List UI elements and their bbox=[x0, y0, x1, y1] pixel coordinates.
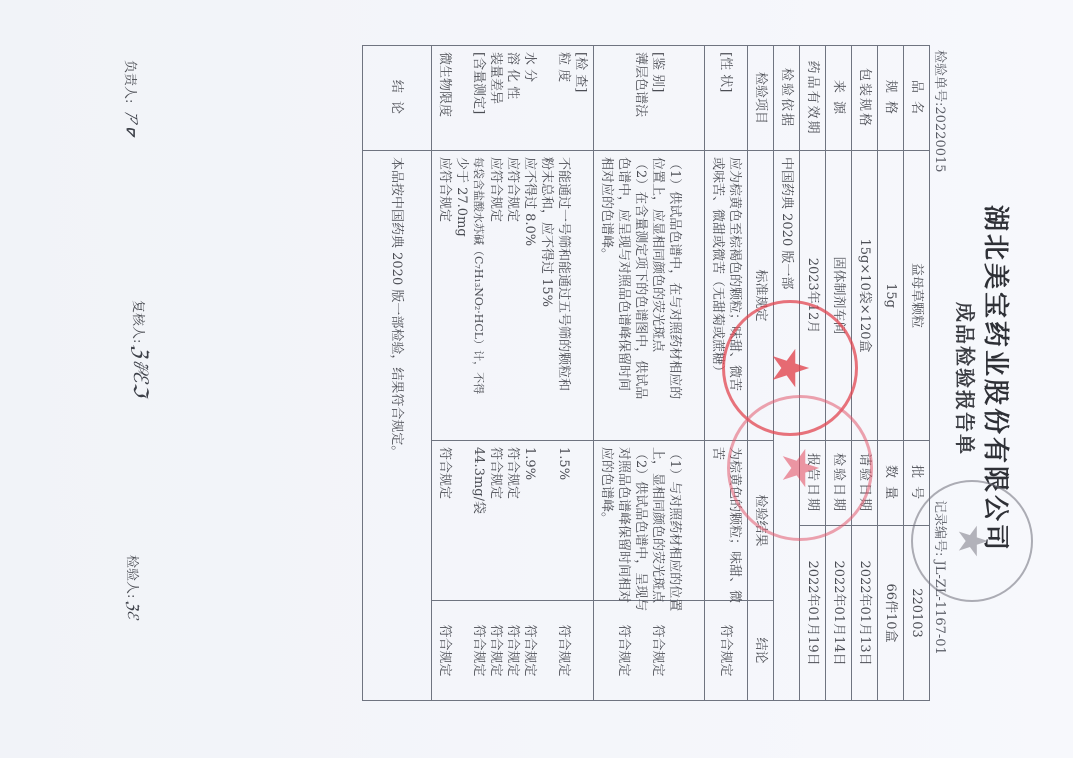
report-table: 品 名 益母草颗粒 批 号 220103 规 格 15g 数 量 66件10盒 … bbox=[362, 45, 930, 701]
inspection-number-label: 检验单号: bbox=[932, 50, 947, 106]
test-conclusion-cell: 符合规定 bbox=[705, 601, 748, 701]
row-final-conclusion: 结 论 本品按中国药典 2020 版一部检验，结果符合规定。 bbox=[363, 46, 432, 701]
row-basis: 检验依据 中国药典 2020 版一部 bbox=[774, 46, 800, 701]
source-label: 来 源 bbox=[826, 46, 852, 151]
result-line bbox=[538, 447, 555, 594]
test-item-cell: [鉴 别] 薄层色谱法 bbox=[594, 46, 705, 151]
row-expiry-reportdate: 药品有效期 2023年12月 报告日期 2022年01月19日 bbox=[800, 46, 826, 701]
conclusion-line bbox=[453, 607, 470, 694]
final-conclusion-text: 本品按中国药典 2020 版一部检验，结果符合规定。 bbox=[363, 151, 432, 701]
test-date-label: 检验日期 bbox=[826, 441, 852, 526]
row-package-request: 包装规格 15g×10袋×120盒 请验日期 2022年01月13日 bbox=[852, 46, 878, 701]
request-date-label: 请验日期 bbox=[852, 441, 878, 526]
standard-line: 位置上，应显相同颜色的荧光斑点 bbox=[649, 157, 666, 434]
test-item-cell: [检 查] 粒 度 水 分 溶 化 性 装量差异 [含量测定] 微生物限度 bbox=[432, 46, 594, 151]
spec-value: 15g bbox=[878, 151, 904, 441]
conclusion-line: 符合规定 bbox=[487, 607, 504, 694]
handwritten-signature: ㄗᢦ bbox=[120, 103, 155, 142]
standard-line: 不能通过一号筛和能通过五号筛的颗粒和 bbox=[555, 157, 572, 434]
standard-line: 应为棕黄色至棕褐色的颗粒；味甜、微苦 bbox=[726, 157, 743, 434]
spec-label: 规 格 bbox=[878, 46, 904, 151]
conclusion-line bbox=[632, 607, 649, 694]
standard-line: 应符合规定 bbox=[487, 157, 504, 434]
expiry-value: 2023年12月 bbox=[800, 151, 826, 441]
test-result-cell: （1）与对照药材相应的位置 上，显相同颜色的荧光斑点 （2）供试品色谱中，呈现与… bbox=[594, 441, 705, 601]
result-line: 为棕黄色的颗粒；味甜、微 bbox=[726, 447, 743, 594]
section-label: [鉴 别] bbox=[649, 52, 666, 144]
row-source-testdate: 来 源 固体制剂车间 检验日期 2022年01月14日 bbox=[826, 46, 852, 701]
test-standard-cell: （1）供试品色谱中，在与对照药材相应的 位置上，应显相同颜色的荧光斑点 （2）在… bbox=[594, 151, 705, 441]
item-label: 装量差异 bbox=[487, 52, 504, 144]
reviewer-label: 复核人: bbox=[130, 300, 145, 343]
quantity-value: 66件10盒 bbox=[878, 526, 904, 701]
result-line: （1）与对照药材相应的位置 bbox=[666, 447, 683, 594]
row-spec-quantity: 规 格 15g 数 量 66件10盒 bbox=[878, 46, 904, 701]
product-name-value: 益母草颗粒 bbox=[904, 151, 930, 441]
inspection-report-page: 湖北美宝药业股份有限公司 成品检验报告单 检验单号:20220015 记录编号:… bbox=[0, 0, 1073, 758]
conclusion-line bbox=[538, 607, 555, 694]
item-label: 溶 化 性 bbox=[504, 52, 521, 144]
handwritten-signature: ℨℰ bbox=[124, 600, 142, 623]
standard-line: 粉末总和，应不得过 15% bbox=[538, 157, 555, 434]
test-conclusion-cell: 符合规定 符合规定 bbox=[594, 601, 705, 701]
test-row-identification: [鉴 别] 薄层色谱法 （1）供试品色谱中，在与对照药材相应的 位置上，应显相同… bbox=[594, 46, 705, 701]
result-line: 上，显相同颜色的荧光斑点 bbox=[649, 447, 666, 594]
result-line: 1.5% bbox=[555, 447, 572, 594]
conclusion-line: 符合规定 bbox=[718, 607, 735, 694]
test-result-cell: 为棕黄色的颗粒；味甜、微 苦 bbox=[705, 441, 748, 601]
final-conclusion-label: 结 论 bbox=[363, 46, 432, 151]
section-label: [性 状] bbox=[718, 52, 735, 144]
item-label: 微生物限度 bbox=[436, 52, 453, 144]
result-line: （2）供试品色谱中，呈现与 bbox=[632, 447, 649, 594]
conclusion-line: 符合规定 bbox=[521, 607, 538, 694]
result-line: 符合规定 bbox=[487, 447, 504, 594]
item-label: [含量测定] bbox=[470, 52, 487, 144]
standard-line: 应符合规定 bbox=[436, 157, 453, 434]
column-header-result: 检验结果 bbox=[748, 441, 774, 601]
result-line: 苦 bbox=[709, 447, 726, 594]
conclusion-line: 符合规定 bbox=[615, 607, 632, 694]
basis-label: 检验依据 bbox=[774, 46, 800, 151]
conclusion-line: 符合规定 bbox=[649, 607, 666, 694]
test-row-checks: [检 查] 粒 度 水 分 溶 化 性 装量差异 [含量测定] 微生物限度 不能… bbox=[432, 46, 594, 701]
signature-reviewer: 复核人:ℨ⅌ℰℑ bbox=[128, 300, 155, 399]
section-label: [检 查] bbox=[572, 52, 589, 144]
result-line: 44.3mg/袋 bbox=[470, 447, 487, 594]
standard-line: （2）在含量测定项下的色谱图中，供试品 bbox=[632, 157, 649, 434]
record-number-value: JL-ZL-1167-01 bbox=[932, 561, 947, 655]
package-value: 15g×10袋×120盒 bbox=[852, 151, 878, 441]
company-title: 湖北美宝药业股份有限公司 bbox=[979, 0, 1016, 758]
row-column-headers: 检验项目 标准规定 检验结果 结论 bbox=[748, 46, 774, 701]
item-label bbox=[538, 52, 555, 144]
standard-line: 或味苦、微甜或微苦（无甜菊或蔗糖） bbox=[709, 157, 726, 434]
batch-label: 批 号 bbox=[904, 441, 930, 526]
row-product-batch: 品 名 益母草颗粒 批 号 220103 bbox=[904, 46, 930, 701]
result-line: 对照品色谱峰保留时间相对 bbox=[615, 447, 632, 594]
result-line: 1.9% bbox=[521, 447, 538, 594]
conclusion-line: 符合规定 bbox=[470, 607, 487, 694]
source-value: 固体制剂车间 bbox=[826, 151, 852, 441]
batch-value: 220103 bbox=[904, 526, 930, 701]
item-label: 薄层色谱法 bbox=[632, 52, 649, 144]
product-name-label: 品 名 bbox=[904, 46, 930, 151]
item-label: 粒 度 bbox=[555, 52, 572, 144]
conclusion-line: 符合规定 bbox=[504, 607, 521, 694]
standard-line: 色谱中，应呈现与对照品色谱峰保留时间 bbox=[615, 157, 632, 434]
signature-inspector: 检验人:ℨℰ bbox=[124, 555, 143, 621]
report-date-value: 2022年01月19日 bbox=[800, 526, 826, 701]
test-date-value: 2022年01月14日 bbox=[826, 526, 852, 701]
result-line: 应的色谱峰。 bbox=[598, 447, 615, 594]
package-label: 包装规格 bbox=[852, 46, 878, 151]
inspection-number-value: 20220015 bbox=[932, 106, 947, 172]
item-label: 水 分 bbox=[521, 52, 538, 144]
standard-line: 相对应的色谱峰。 bbox=[598, 157, 615, 434]
inspector-label: 检验人: bbox=[124, 555, 139, 598]
standard-line: 每袋含盐酸水苏碱（C₇H₁₃NO₂·HCL）计，不得 bbox=[470, 157, 487, 434]
test-standard-cell: 不能通过一号筛和能通过五号筛的颗粒和 粉末总和，应不得过 15% 应不得过 8.… bbox=[432, 151, 594, 441]
result-line: 符合规定 bbox=[436, 447, 453, 594]
conclusion-line: 符合规定 bbox=[555, 607, 572, 694]
column-header-conclusion: 结论 bbox=[748, 601, 774, 701]
test-item-cell: [性 状] bbox=[705, 46, 748, 151]
report-date-label: 报告日期 bbox=[800, 441, 826, 526]
item-label bbox=[453, 52, 470, 144]
record-number-label: 记录编号: bbox=[932, 500, 947, 556]
report-title: 成品检验报告单 bbox=[952, 0, 981, 758]
responsible-label: 负责人: bbox=[122, 60, 137, 103]
column-header-standard: 标准规定 bbox=[748, 151, 774, 441]
signature-responsible: 负责人:ㄗᢦ bbox=[120, 60, 155, 138]
standard-line: （1）供试品色谱中，在与对照药材相应的 bbox=[666, 157, 683, 434]
test-result-cell: 1.5% 1.9% 符合规定 符合规定 44.3mg/袋 符合规定 bbox=[432, 441, 594, 601]
column-header-item: 检验项目 bbox=[748, 46, 774, 151]
basis-value: 中国药典 2020 版一部 bbox=[774, 151, 800, 701]
quantity-label: 数 量 bbox=[878, 441, 904, 526]
standard-line: 应不得过 8.0% bbox=[521, 157, 538, 434]
test-row-appearance: [性 状] 应为棕黄色至棕褐色的颗粒；味甜、微苦 或味苦、微甜或微苦（无甜菊或蔗… bbox=[705, 46, 748, 701]
standard-line: 少于 27.0mg bbox=[453, 157, 470, 434]
conclusion-line: 符合规定 bbox=[436, 607, 453, 694]
record-number: 记录编号: JL-ZL-1167-01 bbox=[932, 500, 951, 655]
expiry-label: 药品有效期 bbox=[800, 46, 826, 151]
handwritten-signature: ℨ⅌ℰℑ bbox=[128, 344, 155, 403]
standard-line: 应符合规定 bbox=[504, 157, 521, 434]
inspection-number: 检验单号:20220015 bbox=[932, 50, 951, 173]
test-conclusion-cell: 符合规定 符合规定 符合规定 符合规定 符合规定 符合规定 bbox=[432, 601, 594, 701]
request-date-value: 2022年01月13日 bbox=[852, 526, 878, 701]
test-standard-cell: 应为棕黄色至棕褐色的颗粒；味甜、微苦 或味苦、微甜或微苦（无甜菊或蔗糖） bbox=[705, 151, 748, 441]
result-line: 符合规定 bbox=[504, 447, 521, 594]
result-line bbox=[453, 447, 470, 594]
